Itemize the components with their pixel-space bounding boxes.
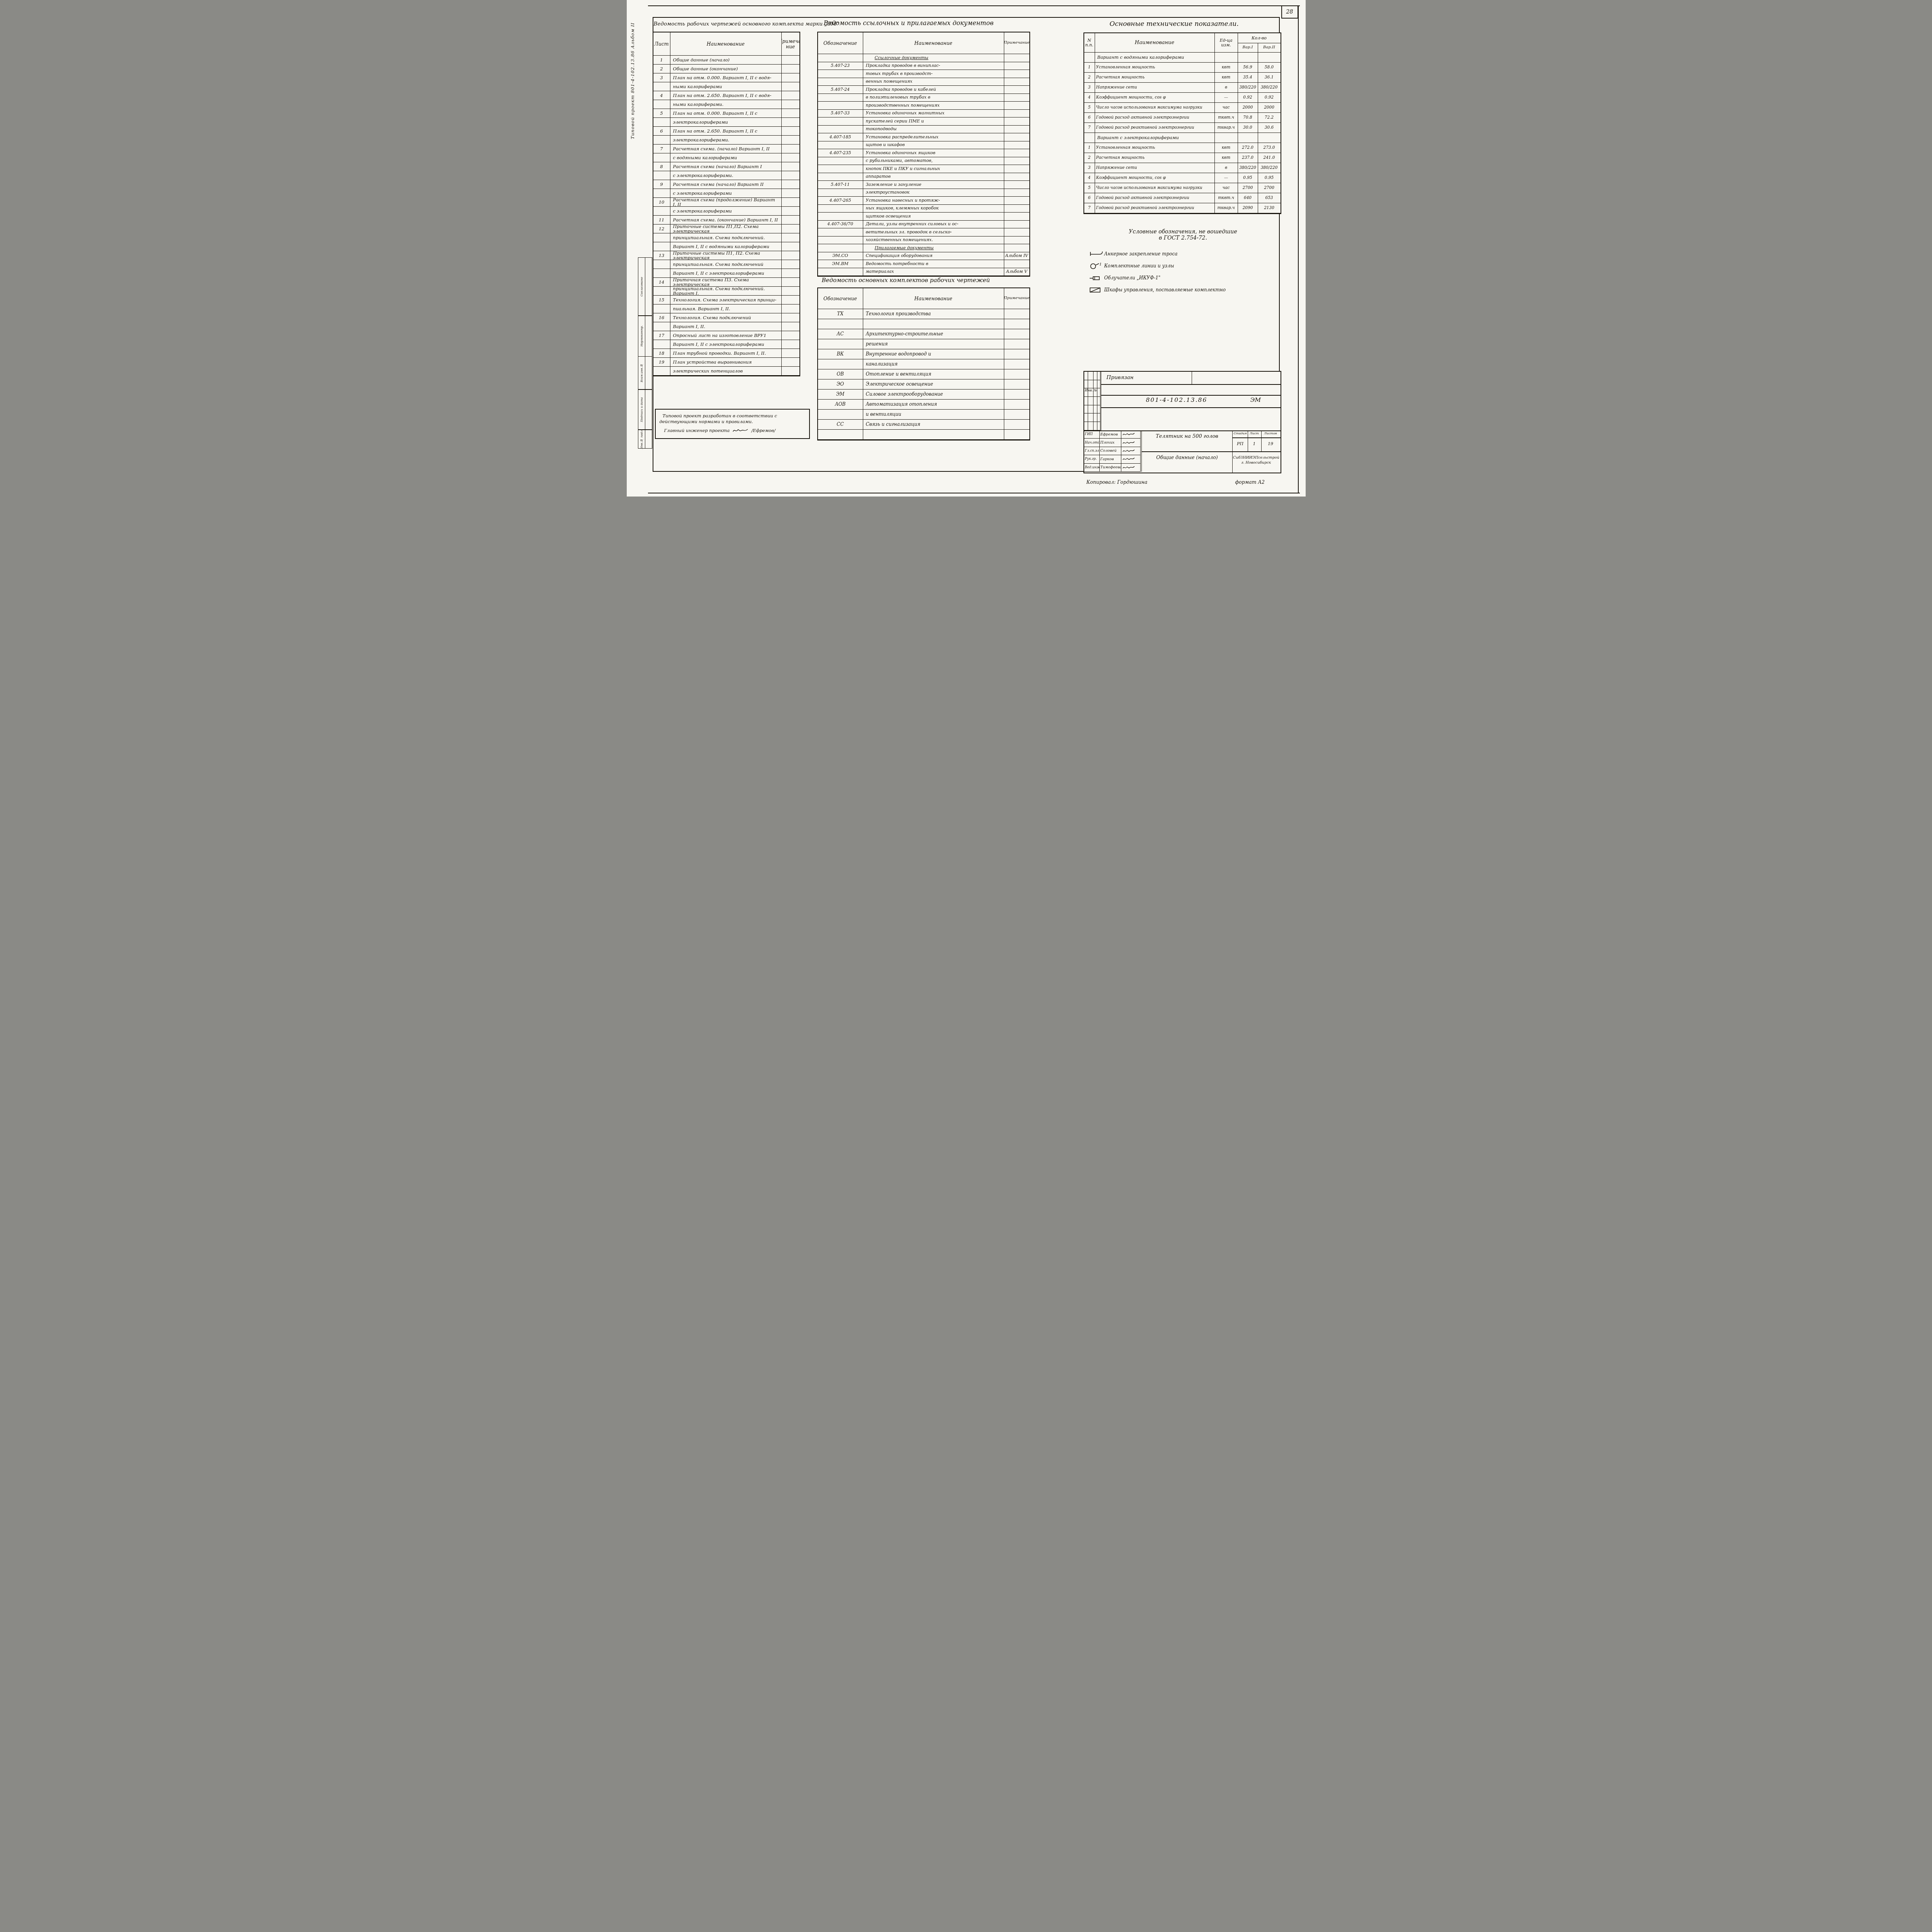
table-cell xyxy=(782,65,799,73)
table-cell xyxy=(1004,359,1029,369)
table-cell: 4 xyxy=(653,91,670,100)
revision-grid-cell xyxy=(1094,413,1097,422)
table-cell: Расчетная мощность xyxy=(1095,153,1215,163)
table-cell xyxy=(1258,133,1281,143)
column-header: Кол-во xyxy=(1238,33,1281,43)
table-cell xyxy=(818,117,863,126)
table-cell xyxy=(863,319,1004,329)
table-cell: в полиэтиленовых трубах в xyxy=(863,94,1004,102)
table-cell xyxy=(782,127,799,136)
table-cell: с электрокалориферами xyxy=(670,207,782,216)
table-cell: Общие данные (начало) xyxy=(670,56,782,65)
table-cell: ОВ xyxy=(818,369,863,379)
legend-item: Анкерное закрепление троса xyxy=(1089,250,1280,257)
table-cell: кнопок ПКЕ и ПКУ и сигнальных xyxy=(863,165,1004,173)
table-cell xyxy=(1004,133,1029,141)
legend-label: Анкерное закрепление троса xyxy=(1104,251,1178,257)
margin-box: Подпись и дата xyxy=(638,389,652,430)
table-cell xyxy=(818,319,863,329)
table-cell xyxy=(1004,54,1029,62)
table-cell: 5.407-33 xyxy=(818,110,863,118)
table-cell: 2000 xyxy=(1238,103,1258,113)
table-cell: 5 xyxy=(1084,103,1095,113)
table-cell: электрических потенциалов xyxy=(670,367,782,376)
table-cell xyxy=(1004,221,1029,229)
attached-label: Привязан xyxy=(1107,374,1134,381)
table-cell xyxy=(1004,86,1029,94)
staff-role: Нач.отд xyxy=(1084,439,1100,447)
table-cell: Спецификация оборудования xyxy=(863,252,1004,260)
table-cell: Заземление и зануление xyxy=(863,181,1004,189)
column-header: Наименование xyxy=(1095,33,1215,53)
table-cell: 0.92 xyxy=(1258,93,1281,103)
revision-grid-cell xyxy=(1088,405,1094,414)
margin-box-label: Взам.инв.№ xyxy=(638,357,645,389)
table-cell xyxy=(782,153,799,162)
table-cell xyxy=(818,189,863,197)
table-cell xyxy=(818,430,863,440)
table-cell xyxy=(1004,244,1029,252)
table-cell: Альбом IV xyxy=(1004,252,1029,260)
format-label: формат А2 xyxy=(1235,479,1265,485)
table-cell: План на отм. 0.000. Вариант I, II с xyxy=(670,109,782,118)
table-cell xyxy=(782,242,799,251)
table-cell: Годовой расход активной электроэнергии xyxy=(1095,193,1215,203)
table-cell: 3 xyxy=(1084,163,1095,173)
table-cell: Приточная система П3. Схема электрическа… xyxy=(670,278,782,287)
table-cell: ЭМ.СО xyxy=(818,252,863,260)
table-cell: 2130 xyxy=(1258,203,1281,213)
table-cell xyxy=(782,180,799,189)
table-cell xyxy=(1004,70,1029,78)
table-cell: Напряжение сети xyxy=(1095,163,1215,173)
paper-edge-bottom xyxy=(648,493,1300,493)
table-cell: 58.0 xyxy=(1258,63,1281,73)
revision-grid-cell xyxy=(1097,388,1100,397)
table-cell: СС xyxy=(818,420,863,430)
table-cell: Установка распределительных xyxy=(863,133,1004,141)
table-cell xyxy=(1004,228,1029,236)
table-cell: Ведомость потребности в xyxy=(863,260,1004,268)
revision-grid xyxy=(1084,372,1101,430)
table-cell xyxy=(653,269,670,278)
table-cell: принципиальная. Схема подключений xyxy=(670,260,782,269)
staff-signature-table: ГИПЕфремовНач.отдПлохихГл.сп.эл.СоловейР… xyxy=(1084,430,1142,472)
table-cell: Расчетная схема (продолжение) Вариант I,… xyxy=(670,198,782,207)
table-cell: венных помещениях xyxy=(863,78,1004,86)
project-name: Телятник на 500 голов xyxy=(1142,434,1232,440)
organization-name: СибЗНИИЭПсельстрой xyxy=(1233,455,1280,460)
stage-value: РП xyxy=(1233,441,1247,446)
table-cell: 5 xyxy=(1084,183,1095,193)
table-cell: 12 xyxy=(653,224,670,233)
table-cell: в xyxy=(1215,163,1238,173)
table-cell: Связь и сигнализация xyxy=(863,420,1004,430)
table-cell xyxy=(1004,410,1029,420)
table-cell: 3 xyxy=(653,73,670,82)
revision-grid-cell xyxy=(1088,372,1094,380)
table-cell: 2 xyxy=(1084,73,1095,83)
legend-title-line1: Условные обозначения, не вошедшие xyxy=(1087,229,1280,235)
table-cell xyxy=(1004,110,1029,118)
table-cell: Коэффициент мощности, cos φ xyxy=(1095,93,1215,103)
sheet-header: Лист xyxy=(1248,432,1260,435)
table-cell xyxy=(818,268,863,276)
column-header: Лист xyxy=(653,32,670,56)
table-cell: 36.1 xyxy=(1258,73,1281,83)
margin-box-label: Нормоконтр. xyxy=(638,316,645,356)
chief-engineer-name: /Ефремов/ xyxy=(751,428,775,433)
table-cell xyxy=(782,56,799,65)
table-cell: 8 xyxy=(653,162,670,171)
staff-role: Вед.инж xyxy=(1084,464,1100,472)
table-cell: 2700 xyxy=(1238,183,1258,193)
table-cell: канализация xyxy=(863,359,1004,369)
staff-name: Ефремов xyxy=(1100,430,1121,439)
table-cell: 7 xyxy=(1084,123,1095,133)
table-cell: Вариант I, II. xyxy=(670,322,782,331)
margin-box-blank xyxy=(645,430,652,448)
table-cell xyxy=(782,198,799,207)
table-cell: тквар.ч xyxy=(1215,123,1238,133)
table-cell xyxy=(818,339,863,349)
table-cell: 6 xyxy=(653,127,670,136)
table-cell: Внутренние водопровод и xyxy=(863,349,1004,359)
table-cell xyxy=(818,173,863,181)
column-header: Примечание xyxy=(1004,288,1029,309)
table-cell xyxy=(782,322,799,331)
table-cell: пускателей серии ПМЕ и xyxy=(863,117,1004,126)
table-cell xyxy=(1004,339,1029,349)
revision-grid-cell xyxy=(1094,397,1097,405)
table-cell xyxy=(818,205,863,213)
table-cell: 0.95 xyxy=(1238,173,1258,183)
table-cell xyxy=(1004,62,1029,70)
stage-header: Стадия xyxy=(1233,432,1247,435)
table-cell: 2 xyxy=(653,65,670,73)
table-cell xyxy=(818,359,863,369)
legend-label: Шкафы управления, поставляемые комплектн… xyxy=(1104,287,1226,293)
table-cell xyxy=(818,70,863,78)
table-cell: щитков освещения xyxy=(863,213,1004,221)
table-cell: Установка одиночных магнитных xyxy=(863,110,1004,118)
margin-box-label: Подпись и дата xyxy=(638,389,645,430)
table-cell: 30.0 xyxy=(1238,123,1258,133)
table-cell: принципиальная. Схема подключений. xyxy=(670,233,782,242)
legend-title: Условные обозначения, не вошедшие в ГОСТ… xyxy=(1087,229,1280,241)
signature-icon xyxy=(1121,439,1141,447)
table-cell: 241.0 xyxy=(1258,153,1281,163)
table-cell: Годовой расход активной электроэнергии xyxy=(1095,113,1215,123)
table-cell: Коэффициент мощности, cos φ xyxy=(1095,173,1215,183)
table-cell xyxy=(818,102,863,110)
table-cell: Расчетная схема. (окончание) Вариант I, … xyxy=(670,216,782,224)
table-cell: Установленная мощность xyxy=(1095,63,1215,73)
page-number-box: 28 xyxy=(1281,5,1298,19)
margin-box-label: Инв.№ подл. xyxy=(638,430,645,448)
table-cell: 2090 xyxy=(1238,203,1258,213)
column-header: Примеча- ние xyxy=(782,32,799,56)
table-cell: ЭО xyxy=(818,379,863,389)
table-cell xyxy=(818,54,863,62)
table-cell: Прокладка проводов и кабелей xyxy=(863,86,1004,94)
table-cell xyxy=(782,233,799,242)
revision-grid-cell xyxy=(1094,405,1097,414)
staff-role: ГИП xyxy=(1084,430,1100,439)
table-cell xyxy=(653,242,670,251)
table-cell: План на отм. 2.650. Вариант I, II с xyxy=(670,127,782,136)
table-cell: квт xyxy=(1215,73,1238,83)
revision-grid-cell xyxy=(1084,372,1088,380)
column-header: Обозначение xyxy=(818,288,863,309)
table-cell: План устройства выравнивания xyxy=(670,358,782,367)
table-cell xyxy=(1004,117,1029,126)
column-header: Наименование xyxy=(863,288,1004,309)
table-cell xyxy=(782,189,799,198)
table-cell xyxy=(782,109,799,118)
table-cell xyxy=(782,100,799,109)
drawing-sets-table: Обозначение Наименование Примечание ТХТе… xyxy=(817,287,1030,440)
table-cell: 380/220 xyxy=(1238,83,1258,93)
revision-grid-cell xyxy=(1094,422,1097,430)
legend-label: Комплектные линии и узлы xyxy=(1104,263,1174,269)
table-cell xyxy=(1004,420,1029,430)
table-cell xyxy=(1004,430,1029,440)
table-cell xyxy=(782,269,799,278)
table-cell xyxy=(818,94,863,102)
revision-grid-cell xyxy=(1088,422,1094,430)
signature-icon xyxy=(732,427,749,434)
margin-box: Инв.№ подл. xyxy=(638,429,652,449)
table-cell: 1 xyxy=(1084,63,1095,73)
table-cell xyxy=(818,228,863,236)
irradiator-icon xyxy=(1089,274,1104,281)
table-cell: 19 xyxy=(653,358,670,367)
table-cell: План трубной проводки. Вариант I, II. xyxy=(670,349,782,358)
table-cell: 4.407-36/70 xyxy=(818,221,863,229)
table-cell: Вариант I, II с водяными калориферами xyxy=(670,242,782,251)
table-cell xyxy=(653,304,670,313)
staff-role: Гл.сп.эл. xyxy=(1084,447,1100,455)
table-cell: с водяными калориферами xyxy=(670,153,782,162)
table-cell: 0.95 xyxy=(1258,173,1281,183)
table-cell: 15 xyxy=(653,296,670,304)
table-cell xyxy=(782,136,799,145)
table-cell: Расчетная схема (начало) Вариант II xyxy=(670,180,782,189)
margin-box: Нормоконтр. xyxy=(638,315,652,357)
table-cell xyxy=(782,296,799,304)
table-cell: Число часов использования максимума нагр… xyxy=(1095,103,1215,113)
side-project-label: Типовой проект 801-4-102.13.86 Альбом II xyxy=(630,35,635,139)
table-cell: ВК xyxy=(818,349,863,359)
table-cell xyxy=(782,91,799,100)
table-cell: ЭМ.ВМ xyxy=(818,260,863,268)
table-cell xyxy=(818,78,863,86)
table-cell: с электрокалориферами. xyxy=(670,171,782,180)
legend-title-line2: в ГОСТ 2.754-72. xyxy=(1087,235,1280,241)
table-cell: Напряжение сети xyxy=(1095,83,1215,93)
revision-grid-cell xyxy=(1084,380,1088,389)
table-cell: 35.4 xyxy=(1238,73,1258,83)
table-cell: Технология производства xyxy=(863,309,1004,319)
table-cell: Приточные системы П1, П2. Схема электрич… xyxy=(670,251,782,260)
table-cell: 1 xyxy=(1084,143,1095,153)
table-cell: 4 xyxy=(1084,173,1095,183)
table-cell xyxy=(1238,133,1258,143)
table-cell: 7 xyxy=(653,145,670,153)
table-cell: и вентиляции xyxy=(863,410,1004,420)
table-cell: Вариант I, II с электрокалориферами xyxy=(670,340,782,349)
table-cell xyxy=(818,410,863,420)
table-cell: Прокладка проводов в виниплас- xyxy=(863,62,1004,70)
table-cell xyxy=(653,136,670,145)
sheet-value: 1 xyxy=(1248,441,1260,446)
table-cell xyxy=(1004,260,1029,268)
table-cell: АС xyxy=(818,329,863,339)
table-cell xyxy=(782,340,799,349)
table-cell: электрокалориферами xyxy=(670,118,782,127)
margin-box-blank xyxy=(645,357,652,389)
table-cell xyxy=(782,287,799,296)
table-cell: производственных помещениях xyxy=(863,102,1004,110)
column-header: Примечание xyxy=(1004,32,1029,54)
table-cell: квт xyxy=(1215,143,1238,153)
table-cell xyxy=(653,367,670,376)
table-cell: Расчетная схема. (начало) Вариант I, II xyxy=(670,145,782,153)
revision-grid-cell xyxy=(1084,413,1088,422)
table-cell xyxy=(1258,53,1281,63)
table-cell: ТХ xyxy=(818,309,863,319)
table-cell: щитов и шкафов xyxy=(863,141,1004,150)
table-cell: электрокалориферами. xyxy=(670,136,782,145)
table-cell: 380/220 xyxy=(1258,163,1281,173)
table-cell xyxy=(1004,389,1029,400)
copied-by-label: Копировал: Гордюшина xyxy=(1087,479,1148,485)
table-cell: 56.9 xyxy=(1238,63,1258,73)
anchor-icon xyxy=(1089,250,1104,257)
cabinet-icon xyxy=(1089,286,1104,293)
table-cell: 6 xyxy=(1084,193,1095,203)
table-cell: 380/220 xyxy=(1238,163,1258,173)
table-cell: 653 xyxy=(1258,193,1281,203)
revision-grid-cell xyxy=(1097,413,1100,422)
table-cell: 6 xyxy=(1084,113,1095,123)
table-cell: 4.407-265 xyxy=(818,197,863,205)
column-header: Наименование xyxy=(863,32,1004,54)
margin-box: Согласовано xyxy=(638,257,652,316)
sets-table-title: Ведомость основных комплектов рабочих че… xyxy=(822,277,990,284)
table-cell: ными калориферами xyxy=(670,82,782,91)
table-cell: пиальная. Вариант I, II. xyxy=(670,304,782,313)
table-cell xyxy=(818,141,863,150)
table-cell: 9 xyxy=(653,180,670,189)
table-cell: 4.407-185 xyxy=(818,133,863,141)
table-cell xyxy=(782,73,799,82)
revision-grid-cell xyxy=(1097,380,1100,389)
table-cell xyxy=(1084,53,1095,63)
table-cell xyxy=(818,213,863,221)
table-cell: 7 xyxy=(1084,203,1095,213)
table-cell: — xyxy=(1215,93,1238,103)
revision-grid-cell xyxy=(1088,397,1094,405)
column-header: N п.п. xyxy=(1084,33,1095,53)
table-cell xyxy=(1215,53,1238,63)
table-cell: 272.0 xyxy=(1238,143,1258,153)
table-cell: 2000 xyxy=(1258,103,1281,113)
table-cell xyxy=(653,82,670,91)
table-cell: 14 xyxy=(653,278,670,287)
table-cell xyxy=(782,145,799,153)
table-cell: Электрическое освещение xyxy=(863,379,1004,389)
table-cell: квт xyxy=(1215,153,1238,163)
table-cell: 5.407-24 xyxy=(818,86,863,94)
column-header: Ед-ца изм. xyxy=(1215,33,1238,53)
project-name-text: Телятник на 500 голов xyxy=(1156,434,1218,439)
table-cell xyxy=(653,100,670,109)
table-cell xyxy=(653,189,670,198)
margin-box-label: Согласовано xyxy=(638,258,645,316)
table-cell xyxy=(782,118,799,127)
revision-grid-cell xyxy=(1097,422,1100,430)
table-cell xyxy=(1004,126,1029,134)
paper-edge-top xyxy=(648,5,1300,6)
column-header: Вар.II xyxy=(1258,43,1281,53)
table-cell: Число часов использования максимума нагр… xyxy=(1095,183,1215,193)
table-cell xyxy=(1004,369,1029,379)
set-mark: ЭМ xyxy=(1250,396,1261,403)
table-cell xyxy=(818,126,863,134)
line-node-icon: 1 xyxy=(1089,262,1104,269)
table-cell: 3 xyxy=(1084,83,1095,93)
legend-item: Шкафы управления, поставляемые комплектн… xyxy=(1089,286,1280,293)
signature-icon xyxy=(1121,447,1141,455)
table-cell xyxy=(653,287,670,296)
margin-box: Взам.инв.№ xyxy=(638,356,652,390)
table-cell xyxy=(653,322,670,331)
paper-edge-right xyxy=(1298,5,1299,493)
table-cell: 17 xyxy=(653,331,670,340)
organization-city: г. Новосибирск xyxy=(1233,460,1280,465)
table-cell xyxy=(1004,213,1029,221)
table-cell: 237.0 xyxy=(1238,153,1258,163)
organization: СибЗНИИЭПсельстрой г. Новосибирск xyxy=(1233,455,1280,466)
table-cell xyxy=(818,244,863,252)
table-cell: Расчетная мощность xyxy=(1095,73,1215,83)
table-cell: хозяйственных помещениях. xyxy=(863,236,1004,245)
inventory-number-label: Инв. № xyxy=(1085,389,1097,393)
revision-grid-cell xyxy=(1084,422,1088,430)
table-cell: Приточные системы П1,П2. Схема электриче… xyxy=(670,224,782,233)
table-cell xyxy=(1004,157,1029,165)
table-cell: с электрокалориферами xyxy=(670,189,782,198)
note-line: Типовой проект разработан в соответствии… xyxy=(663,413,777,418)
table-cell: решения xyxy=(863,339,1004,349)
table-cell xyxy=(782,224,799,233)
table-cell xyxy=(1084,133,1095,143)
svg-text:1: 1 xyxy=(1099,262,1102,267)
table-cell: тквт.ч xyxy=(1215,193,1238,203)
project-code: 801-4-102.13.86 xyxy=(1146,396,1207,403)
table-cell xyxy=(818,157,863,165)
table-cell xyxy=(1004,319,1029,329)
table-cell xyxy=(653,207,670,216)
table-cell xyxy=(1004,173,1029,181)
sheets-value: 19 xyxy=(1262,441,1280,446)
signature-icon xyxy=(1121,430,1141,439)
table-cell: 380/220 xyxy=(1258,83,1281,93)
table-cell: Опросный лист на изготовление ВРУ1 xyxy=(670,331,782,340)
table-cell xyxy=(782,162,799,171)
